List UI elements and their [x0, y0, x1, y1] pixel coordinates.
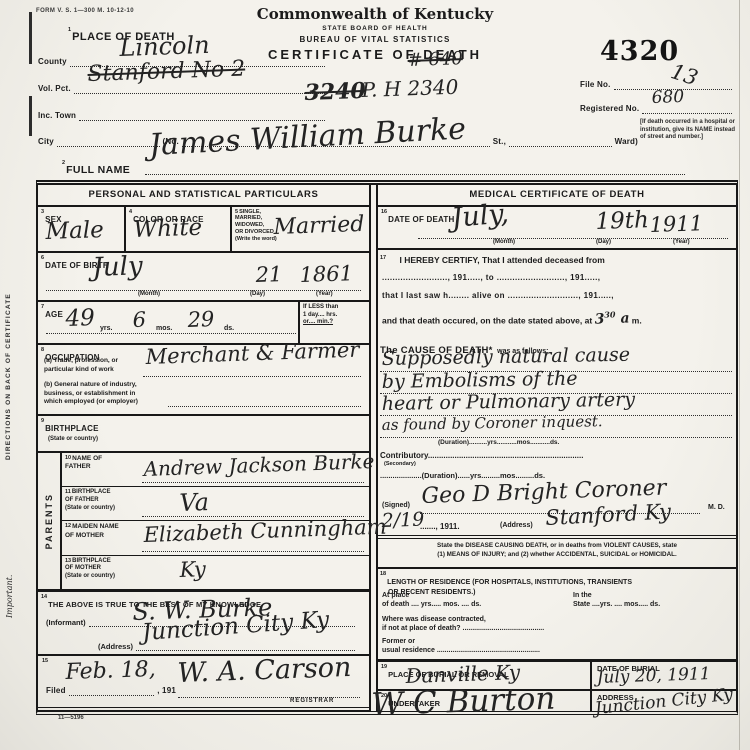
burial-date-cell: DATE OF BURIAL July 20, 1911	[592, 662, 736, 689]
death-year-handwritten: 1911	[649, 211, 703, 237]
certify-block: 17 I HEREBY CERTIFY, That I attended dec…	[378, 250, 736, 340]
dotted-rule	[143, 375, 361, 377]
filed-block: 15 Filed , 191 Feb. 18, W. A. Carson REG…	[38, 656, 369, 711]
marital-handwritten: Married	[273, 211, 365, 239]
occupation-row: 8OCCUPATION (a) Trade, profession, or pa…	[38, 345, 369, 415]
age-months-handwritten: 6	[132, 308, 146, 332]
registered-no-handwritten: 680	[651, 87, 684, 108]
dotted-rule	[509, 144, 612, 147]
where-contracted-lines: Where was disease contracted, if not at …	[382, 615, 544, 633]
undertaker-address-cell: ADDRESS Junction City Ky	[592, 691, 736, 711]
dotted-rule	[142, 481, 364, 483]
vol-pct-label: Vol. Pct.	[38, 84, 71, 94]
margin-vertical-text-2: Important.	[5, 488, 14, 618]
full-name-rule	[145, 173, 685, 175]
informant-address-line: (Address)	[98, 642, 358, 651]
occupation-a-label: (a) Trade, profession, or particular kin…	[44, 357, 118, 374]
parents-side-cell: PARENTS	[38, 453, 62, 589]
mother-birthplace-handwritten: Ky	[179, 557, 206, 582]
sex-handwritten: Male	[45, 217, 104, 245]
m-label: m.	[632, 315, 642, 325]
personal-column-header: PERSONAL AND STATISTICAL PARTICULARS	[38, 185, 369, 207]
signed-date-handwritten: 2/19	[381, 509, 424, 532]
item-number: 15	[42, 658, 48, 664]
signed-year-printed: ......., 1911.	[420, 522, 460, 531]
at-place-lines: At place of death .... yrs..... mos. ...…	[382, 591, 481, 609]
birth-year-handwritten: 1861	[299, 262, 353, 288]
item-number: 10	[65, 455, 71, 461]
sex-color-marital-row: 3SEX Male 4COLOR OR RACE White 5SINGLE, …	[38, 207, 369, 254]
dotted-rule	[168, 405, 361, 407]
full-name-label: 2FULL NAME	[62, 160, 130, 178]
item-number: 1	[68, 27, 71, 33]
color-race-cell: 4COLOR OR RACE White	[126, 207, 232, 252]
cause-footnote: State the DISEASE CAUSING DEATH, or in d…	[378, 539, 736, 568]
mother-name-row: 12MAIDEN NAMEOF MOTHER Elizabeth Cunning…	[62, 521, 369, 555]
cause-line4-handwritten: as found by Coroner inquest.	[382, 412, 603, 434]
certify-line3: that I last saw h........ alive on .....…	[378, 282, 736, 301]
contributory-duration: ....................(Duration)......yrs.…	[378, 467, 736, 480]
certify-line2: ........................., 191....., to …	[378, 265, 736, 283]
undertaker-row: 20UNDERTAKER W C Burton ADDRESS Junction…	[378, 691, 736, 711]
month-sublabel: (Month)	[138, 291, 160, 299]
undertaker-signature: W C Burton	[371, 681, 556, 723]
inc-town-line: Inc. Town	[38, 111, 328, 121]
stamped-certificate-number: 4320	[600, 36, 679, 67]
cause-line3-handwritten: heart or Pulmonary artery	[382, 388, 636, 414]
file-no-label: File No.	[580, 80, 611, 90]
year-sublabel: (Year)	[316, 291, 333, 299]
sex-cell: 3SEX Male	[38, 207, 126, 252]
death-day-handwritten: 19th	[595, 207, 649, 235]
signed-address-label: (Address)	[500, 522, 533, 529]
cause-of-death-block: The CAUSE OF DEATH* was as follows: Supp…	[378, 340, 736, 450]
age-days-handwritten: 29	[187, 307, 215, 332]
cause-duration-line: (Duration)..........yrs...........mos...…	[438, 439, 559, 447]
item-number: 3	[41, 209, 44, 215]
contributory-label: Contributory	[380, 451, 428, 460]
dotted-text: ........................................…	[428, 451, 584, 460]
parents-block: PARENTS 10NAME OFFATHER Andrew Jackson B…	[38, 453, 369, 591]
medical-column-header: MEDICAL CERTIFICATE OF DEATH	[378, 185, 736, 207]
mos-label: mos.	[156, 325, 172, 334]
dotted-rule	[69, 693, 155, 696]
item-number: 19	[381, 664, 387, 670]
filed-label: Filed	[46, 686, 66, 696]
county-label: County	[38, 57, 67, 67]
father-name-row: 10NAME OFFATHER Andrew Jackson Burke	[62, 453, 369, 487]
birthplace-row: 9BIRTHPLACE (State or country)	[38, 416, 369, 453]
date-of-birth-row: 6DATE OF BIRTH July 21 1861 (Month) (Day…	[38, 253, 369, 302]
occupation-b-label: (b) General nature of industry, business…	[44, 381, 138, 406]
ds-label: ds.	[224, 325, 234, 334]
filed-line: Filed , 191	[46, 686, 176, 696]
year-sublabel: (Year)	[673, 239, 690, 247]
burial-date-handwritten: July 20, 1911	[596, 664, 711, 688]
dotted-rule	[57, 144, 160, 147]
color-race-handwritten: White	[133, 214, 203, 242]
secondary-sublabel: (Secondary)	[378, 460, 736, 467]
cause-line2-handwritten: by Embolisms of the	[382, 367, 578, 392]
item-number: 5	[235, 209, 238, 215]
parents-rows: 10NAME OFFATHER Andrew Jackson Burke 11B…	[62, 453, 369, 589]
day-sublabel: (Day)	[596, 239, 611, 247]
item-number: 2	[62, 160, 65, 166]
annotation-3240-struck: 3240	[304, 78, 366, 106]
dotted-rule	[380, 436, 732, 438]
certificate-table: PERSONAL AND STATISTICAL PARTICULARS 3SE…	[36, 180, 738, 715]
address-label: (Address)	[98, 642, 133, 651]
yrs-label: yrs.	[100, 325, 112, 334]
scanned-death-certificate: DIRECTIONS ON BACK OF CERTIFICATE Import…	[0, 0, 750, 750]
item-number: 18	[380, 571, 386, 577]
former-residence-lines: Former or usual residence ..............…	[382, 637, 540, 655]
date-of-death-row: 16DATE OF DEATH July, 19th 1911 (Month) …	[378, 207, 736, 250]
in-state-lines: In the State ....yrs. .... mos..... ds.	[573, 591, 660, 609]
form-number: FORM V. S. 1—300 M. 10-12-10	[36, 8, 134, 14]
scan-edge-mark	[29, 12, 32, 64]
vol-pct-line: Vol. Pct.	[38, 84, 328, 94]
dotted-rule	[74, 91, 325, 94]
item-number: 12	[65, 523, 71, 529]
dotted-rule	[136, 648, 355, 651]
month-sublabel: (Month)	[493, 239, 515, 247]
undertaker-cell: 20UNDERTAKER W C Burton	[378, 691, 592, 711]
city-label: City	[38, 137, 54, 147]
death-month-handwritten: July,	[450, 198, 510, 234]
personal-column: PERSONAL AND STATISTICAL PARTICULARS 3SE…	[38, 185, 369, 711]
scan-edge-line	[739, 0, 740, 750]
md-label: M. D.	[708, 504, 725, 511]
registered-no-label: Registered No.	[580, 104, 639, 114]
certify-line4: and that death occured, on the date stat…	[378, 301, 736, 328]
margin-vertical-text: DIRECTIONS ON BACK OF CERTIFICATE	[5, 190, 12, 460]
signed-block: (Signed) Geo D Bright Coroner M. D. 2/19…	[378, 490, 736, 539]
dotted-rule	[46, 289, 361, 291]
filed-date-handwritten: Feb. 18,	[65, 657, 156, 685]
bottom-form-number: 11—5196	[58, 715, 84, 721]
birthplace-sublabel: (State or country)	[38, 436, 369, 444]
annotation-640: # 640	[407, 48, 463, 71]
marital-cell: 5SINGLE, MARRIED, WIDOWED, OR DIVORCED (…	[232, 207, 369, 252]
letterhead: Commonwealth of Kentucky STATE BOARD OF …	[225, 5, 525, 62]
death-time-handwritten: 330 a	[594, 309, 629, 328]
item-number: 6	[41, 255, 44, 261]
vol-pct-handwritten: Stanford No 2	[87, 57, 245, 87]
state-title: Commonwealth of Kentucky	[225, 5, 525, 23]
father-birthplace-handwritten: Va	[179, 488, 209, 517]
age-years-handwritten: 49	[65, 305, 95, 332]
day-sublabel: (Day)	[250, 291, 265, 299]
annotation-ph2340: P. H 2340	[361, 75, 459, 102]
ward-label: Ward)	[615, 137, 638, 147]
parents-vertical-label: PARENTS	[44, 493, 54, 549]
birth-month-handwritten: July	[92, 252, 143, 284]
informant-block: 14THE ABOVE IS TRUE TO THE BEST OF MY KN…	[38, 591, 369, 656]
item-number: 13	[65, 558, 71, 564]
item-number: 11	[65, 489, 71, 495]
inc-town-label: Inc. Town	[38, 111, 76, 121]
signed-address-handwritten: Stanford Ky	[545, 500, 672, 531]
st-label: St.,	[493, 137, 506, 147]
item-number: 17	[380, 255, 386, 261]
birth-day-handwritten: 21	[255, 263, 283, 288]
residence-block: 18LENGTH OF RESIDENCE (FOR HOSPITALS, IN…	[378, 569, 736, 662]
informant-label: (Informant)	[46, 618, 86, 627]
dotted-rule	[642, 111, 732, 114]
item-number: 8	[41, 347, 44, 353]
hospital-note: [If death occurred in a hospital or inst…	[640, 119, 738, 142]
medical-column: MEDICAL CERTIFICATE OF DEATH 16DATE OF D…	[378, 185, 736, 711]
item-number: 4	[129, 209, 132, 215]
filed-year-printed: , 191	[157, 686, 176, 696]
registrar-signature: W. A. Carson	[177, 652, 352, 689]
registrar-label: REGISTRAR	[290, 698, 334, 706]
cause-line1-handwritten: Supposedly natural cause	[382, 343, 631, 369]
board-subtitle: STATE BOARD OF HEALTH	[225, 25, 525, 32]
bureau-subtitle: BUREAU OF VITAL STATISTICS	[225, 35, 525, 44]
item-number: 16	[381, 209, 387, 215]
dotted-rule	[142, 550, 364, 552]
item-number: 14	[41, 594, 47, 600]
item-number: 7	[41, 304, 44, 310]
item-number: 9	[41, 418, 44, 424]
certify-line1: I HEREBY CERTIFY, That I attended deceas…	[400, 255, 605, 265]
mother-birthplace-row: 13BIRTHPLACEOF MOTHER(State or country) …	[62, 556, 369, 589]
scan-edge-mark	[29, 96, 32, 136]
